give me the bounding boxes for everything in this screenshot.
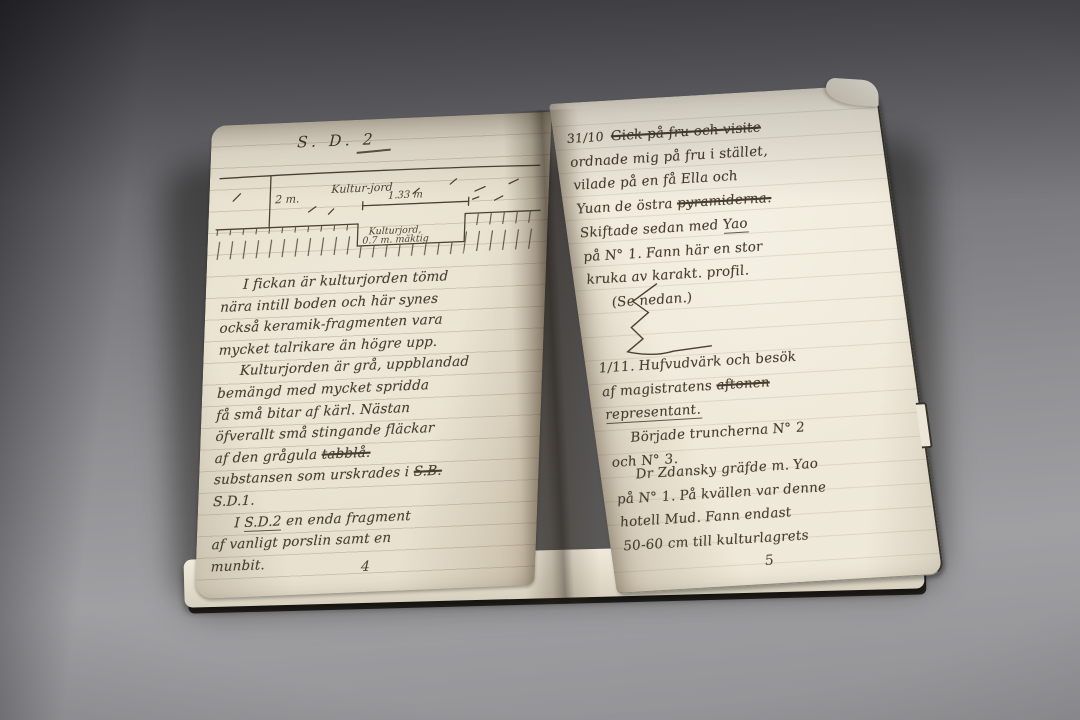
- underlined-word: Yao: [722, 215, 749, 233]
- underlined-word: S.D.2: [244, 513, 282, 532]
- diagram-depth-label: 2 m.: [274, 192, 300, 206]
- pottery-profile-sketch: [600, 277, 723, 363]
- left-page: S. D. 2 2 m. Kultu: [195, 112, 552, 599]
- entry-date: 31/10: [566, 129, 605, 146]
- diagram-width-label: 1.33 m: [388, 189, 423, 201]
- page-title: S. D. 2: [297, 130, 377, 151]
- page-corner-curl: [826, 77, 879, 106]
- struck-phrase: Gick på fru och visite: [610, 120, 762, 145]
- struck-word: S.B.: [414, 463, 443, 480]
- diary-entry-continued: Dr Zdansky gräfde m. Yao på N° 1. På kvä…: [612, 447, 934, 560]
- right-page: 31/10Gick på fru och visite ordnade mig …: [549, 85, 944, 594]
- ground-hatching: [215, 224, 358, 260]
- section-drawing: 2 m. Kultur-jord 1.33 m Kulturjord, 0.7 …: [210, 158, 546, 276]
- left-page-text: I fickan är kulturjorden tömd nära intil…: [210, 262, 540, 578]
- diagram-layer-label: Kultur-jord: [330, 180, 393, 196]
- struck-word: tabblå.: [321, 444, 370, 462]
- underlined-word: representant.: [604, 402, 702, 425]
- struck-word: aftonen: [715, 374, 771, 393]
- title-underline: [357, 149, 391, 154]
- struck-word: pyramiderna.: [676, 190, 772, 211]
